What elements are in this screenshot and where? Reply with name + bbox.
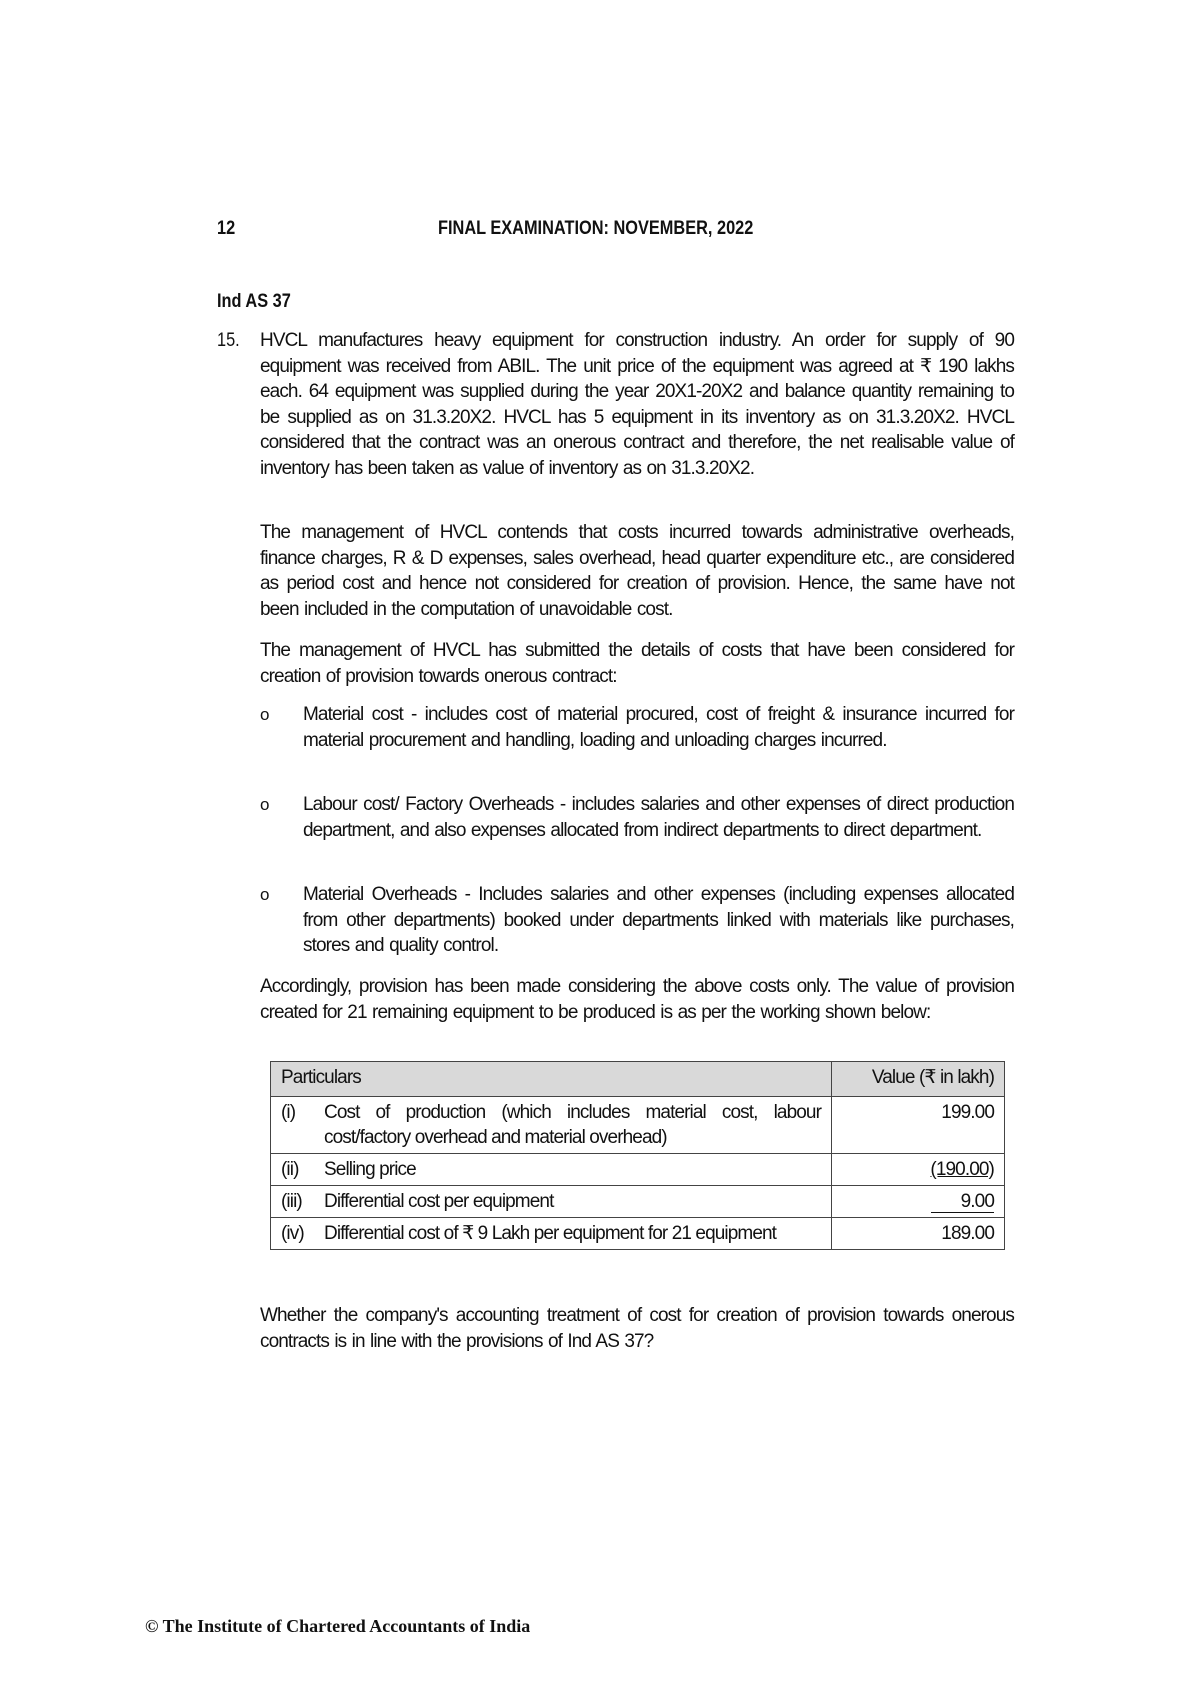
row-value: 9.00 [931,1191,994,1213]
column-header-value: Value (₹ in lakh) [832,1062,1005,1097]
paragraph-text: The management of HVCL has submitted the… [260,638,1014,689]
circle-bullet-icon: o [260,705,269,725]
closing-question-paragraph: Whether the company's accounting treatme… [260,1303,1014,1354]
document-page: 12 FINAL EXAMINATION: NOVEMBER, 2022 Ind… [0,0,1191,1684]
paragraph-text: HVCL manufactures heavy equipment for co… [260,328,1014,482]
page-number: 12 [217,218,235,240]
section-heading: Ind AS 37 [217,291,291,313]
table-row: (iii)Differential cost per equipment 9.0… [271,1186,1005,1218]
paragraph-text: The management of HVCL contends that cos… [260,520,1014,622]
row-particular: Differential cost of ₹ 9 Lakh per equipm… [324,1221,821,1246]
question-paragraph-1: HVCL manufactures heavy equipment for co… [260,328,1014,482]
row-index: (iii) [281,1189,324,1214]
row-value: 189.00 [832,1218,1005,1250]
table-row: (iv)Differential cost of ₹ 9 Lakh per eq… [271,1218,1005,1250]
paragraph-text: Whether the company's accounting treatme… [260,1303,1014,1354]
bullet-text: Material cost - includes cost of materia… [303,702,1014,753]
row-index: (i) [281,1100,324,1150]
bullet-text: Material Overheads - Includes salaries a… [303,882,1014,959]
column-header-particulars: Particulars [271,1062,832,1097]
question-paragraph-3: The management of HVCL has submitted the… [260,638,1014,689]
table-intro-paragraph: Accordingly, provision has been made con… [260,974,1014,1025]
bullet-text: Labour cost/ Factory Overheads - include… [303,792,1014,843]
table-header-row: Particulars Value (₹ in lakh) [271,1062,1005,1097]
circle-bullet-icon: o [260,795,269,815]
row-index: (ii) [281,1157,324,1182]
table-row: (i)Cost of production (which includes ma… [271,1097,1005,1154]
provision-table: Particulars Value (₹ in lakh) (i)Cost of… [270,1061,1005,1250]
row-particular: Differential cost per equipment [324,1189,821,1214]
row-value: (190.00) [930,1159,994,1180]
row-particular: Cost of production (which includes mater… [324,1100,821,1150]
row-particular: Selling price [324,1157,821,1182]
copyright-footer: © The Institute of Chartered Accountants… [145,1616,530,1637]
row-value: 199.00 [832,1097,1005,1154]
circle-bullet-icon: o [260,885,269,905]
question-number: 15. [217,330,240,352]
page-header-title: FINAL EXAMINATION: NOVEMBER, 2022 [438,218,753,240]
paragraph-text: Accordingly, provision has been made con… [260,974,1014,1025]
table-row: (ii)Selling price (190.00) [271,1154,1005,1186]
question-paragraph-2: The management of HVCL contends that cos… [260,520,1014,622]
row-index: (iv) [281,1221,324,1246]
